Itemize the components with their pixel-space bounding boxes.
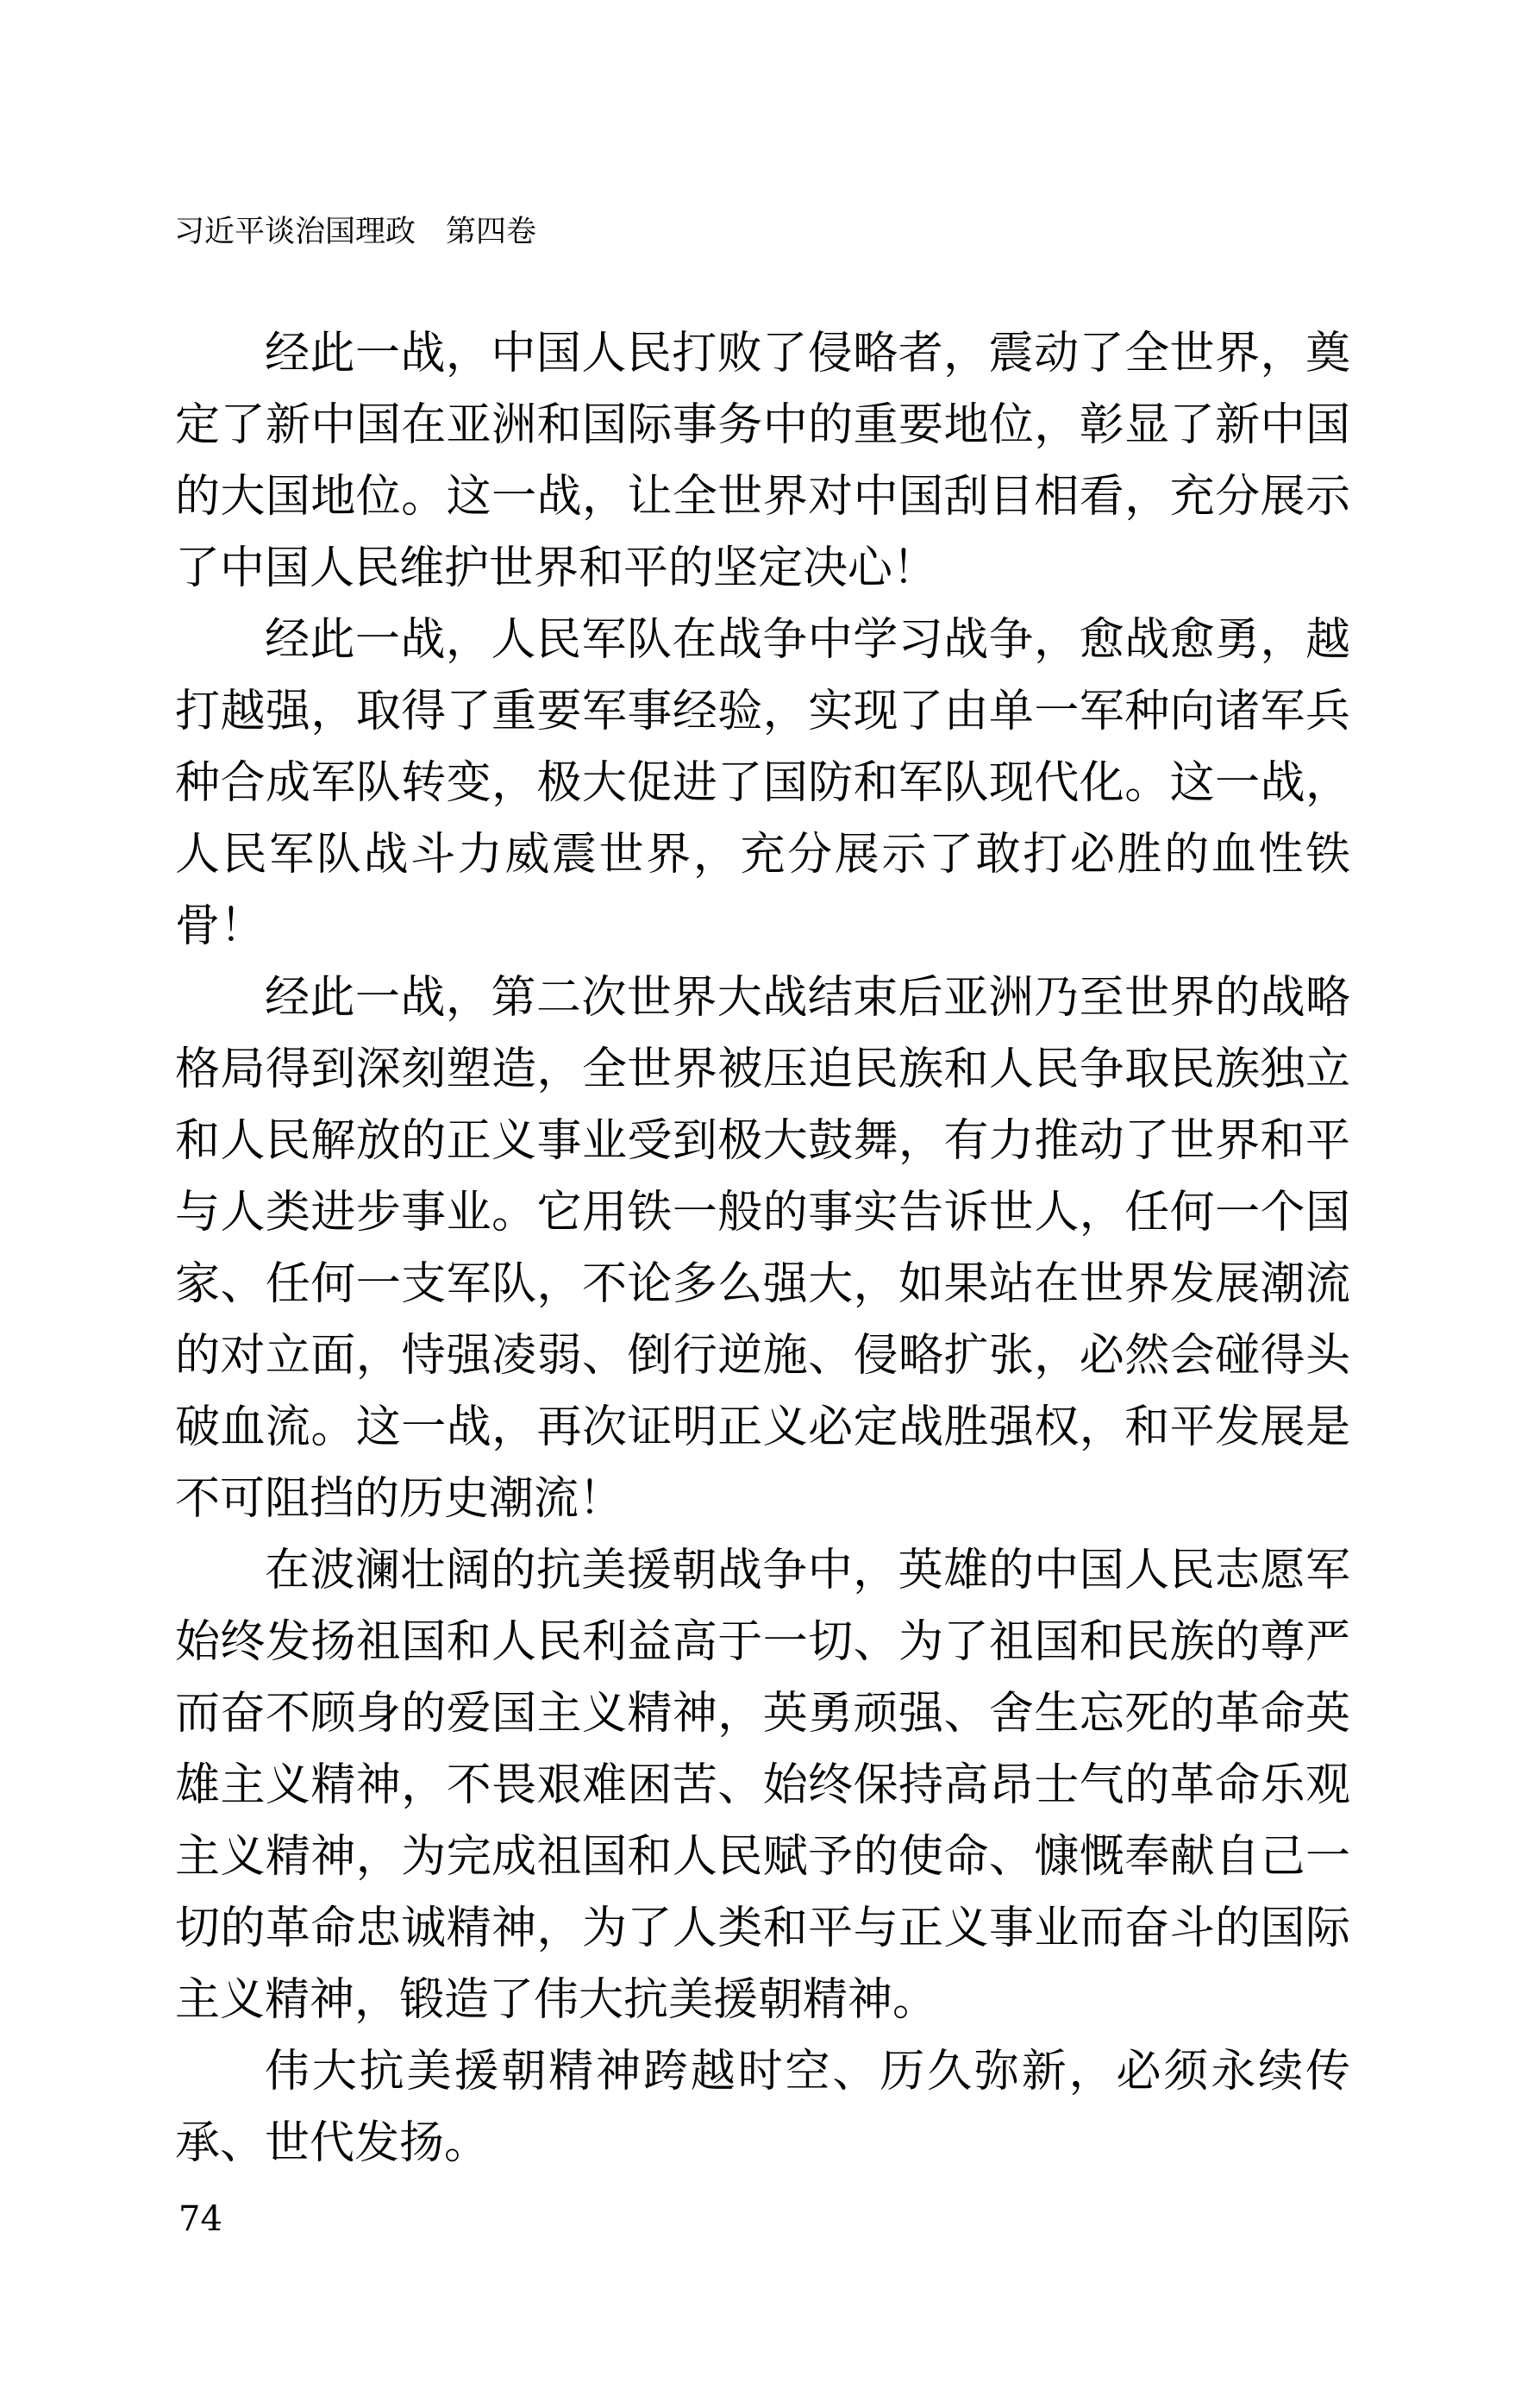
paragraph-5: 伟大抗美援朝精神跨越时空、历久弥新，必须永续传承、世代发扬。 bbox=[175, 2036, 1350, 2179]
paragraph-3: 经此一战，第二次世界大战结束后亚洲乃至世界的战略格局得到深刻塑造，全世界被压迫民… bbox=[175, 962, 1350, 1535]
page-number: 74 bbox=[178, 2199, 222, 2239]
paragraph-1: 经此一战，中国人民打败了侵略者，震动了全世界，奠定了新中国在亚洲和国际事务中的重… bbox=[175, 318, 1350, 605]
book-page: 习近平谈治国理政 第四卷 经此一战，中国人民打败了侵略者，震动了全世界，奠定了新… bbox=[0, 0, 1540, 2389]
running-header: 习近平谈治国理政 第四卷 bbox=[174, 214, 536, 250]
paragraph-4: 在波澜壮阔的抗美援朝战争中，英雄的中国人民志愿军始终发扬祖国和人民利益高于一切、… bbox=[175, 1535, 1350, 2036]
paragraph-2: 经此一战，人民军队在战争中学习战争，愈战愈勇，越打越强，取得了重要军事经验，实现… bbox=[175, 605, 1350, 962]
page-body: 经此一战，中国人民打败了侵略者，震动了全世界，奠定了新中国在亚洲和国际事务中的重… bbox=[175, 318, 1350, 2179]
